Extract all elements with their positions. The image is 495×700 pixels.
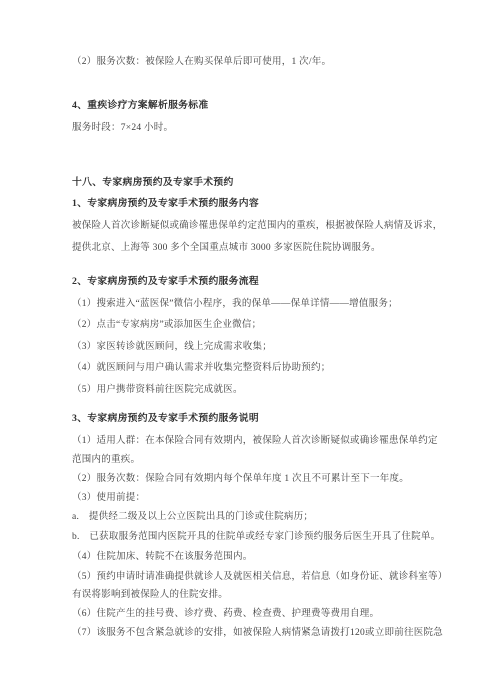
sub-list-item: b. 已获取服务范围内医院开具的住院单或经专家门诊预约服务后医生开具了住院单。 [72, 530, 429, 544]
list-item: （3）家医转诊就医顾问，线上完成需求收集； [72, 340, 429, 354]
section-heading: 2、专家病房预约及专家手术预约服务流程 [72, 275, 429, 289]
list-item: （6）住院产生的挂号费、诊疗费、药费、检查费、护理费等费用自理。 [72, 607, 429, 621]
list-item: （2）服务次数：保险合同有效期内每个保单年度 1 次且不可累计至下一年度。 [72, 472, 429, 486]
list-item: （5）预约申请时请准确提供就诊人及就医相关信息，若信息（如身份证、就诊科室等） [72, 570, 429, 584]
list-item: （7）该服务不包含紧急就诊的安排，如被保险人病情紧急请拨打120或立即前往医院急 [72, 626, 429, 640]
doc-line: （2）服务次数：被保险人在购买保单后即可使用，1 次/年。 [72, 55, 429, 69]
chapter-heading: 十八、专家病房预约及专家手术预约 [72, 176, 429, 190]
list-item: （4）就医顾问与用户确认需求并收集完整资料后协助预约； [72, 361, 429, 375]
section-heading: 4、重疾诊疗方案解析服务标准 [72, 99, 429, 113]
list-item: （4）住院加床、转院不在该服务范围内。 [72, 550, 429, 564]
list-item: （2）点击“专家病房”或添加医生企业微信； [72, 318, 429, 332]
list-item: （1）适用人群：在本保险合同有效期内，被保险人首次诊断疑似或确诊罹患保单约定 [72, 434, 429, 448]
doc-line: 被保险人首次诊断疑似或确诊罹患保单约定范围内的重疾，根据被保险人病情及诉求， [72, 219, 429, 233]
section-heading: 1、专家病房预约及专家手术预约服务内容 [72, 197, 429, 211]
document-page: （2）服务次数：被保险人在购买保单后即可使用，1 次/年。 4、重疾诊疗方案解析… [0, 0, 495, 700]
sub-list-item: a. 提供经二级及以上公立医院出具的门诊或住院病历； [72, 510, 429, 524]
list-item-continuation: 范围内的重疾。 [72, 453, 429, 467]
doc-line: 提供北京、上海等 300 多个全国重点城市 3000 多家医院住院协调服务。 [72, 241, 429, 255]
section-heading: 3、专家病房预约及专家手术预约服务说明 [72, 412, 429, 426]
list-item-continuation: 有误将影响到被保险人的住院安排。 [72, 588, 429, 602]
doc-line: 服务时段：7×24 小时。 [72, 121, 429, 135]
list-item: （1）搜索进入“蓝医保”微信小程序，我的保单——保单详情——增值服务； [72, 297, 429, 311]
list-item: （3）使用前提： [72, 491, 429, 505]
list-item: （5）用户携带资料前往医院完成就医。 [72, 383, 429, 397]
